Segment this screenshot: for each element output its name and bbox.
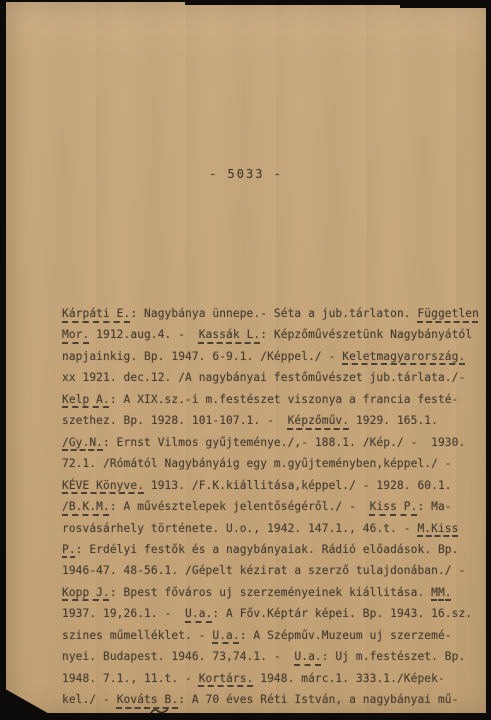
underlined-name: Mor. (62, 328, 89, 341)
text-segment: xx 1921. dec.12. /A nagybányai festőművé… (62, 371, 465, 384)
text-line: kel./ - Kováts B.: A 70 éves Réti István… (62, 689, 472, 710)
text-segment: : A művésztelepek jelentőségéről./ - (110, 500, 370, 513)
underlined-name: M.Kiss (417, 522, 458, 535)
underlined-name: U.a. (212, 629, 239, 642)
underlined-name: /B.K.M. (62, 500, 110, 513)
text-line: Mor. 1912.aug.4. - Kassák L.: Képzőművés… (62, 324, 472, 345)
underlined-name: Kopp J. (62, 586, 110, 599)
scan-edge-top-corner (400, 0, 491, 8)
underlined-name: MM. (431, 586, 452, 599)
text-segment: 1946-47. 48-56.1. /Gépelt kézirat a szer… (62, 564, 465, 577)
text-line: 1948. 7.1., 11.t. - Kortárs. 1948. márc.… (62, 668, 472, 689)
text-segment: : Erdélyi festők és a nagybányaiak. Rádi… (76, 543, 459, 556)
underlined-name: /Gy.N. (62, 436, 103, 449)
text-segment: szines műmelléklet. - (62, 629, 212, 642)
underlined-name: U.a. (185, 607, 212, 620)
text-segment: szethez. Bp. 1928. 101-107.1. - (62, 414, 288, 427)
underlined-name: Kassák L. (199, 328, 261, 341)
underlined-name: U.a. (294, 650, 321, 663)
text-segment: 1948. márc.1. 333.1./Képek- (253, 672, 444, 685)
underlined-name: Független (417, 307, 479, 320)
text-line: rosvásárhely története. U.o., 1942. 147.… (62, 518, 472, 539)
text-segment: : Ernst Vilmos gyűjteménye./,- 188.1. /K… (103, 436, 465, 449)
underlined-name: P. (62, 543, 76, 556)
underlined-name: KÉVE Könyve. (62, 479, 144, 492)
text-segment: : Uj m.festészet. Bp. (322, 650, 466, 663)
text-segment: 1913. /F.K.kiállitása,képpel./ - 1928. 6… (144, 479, 452, 492)
text-segment: : Képzőművészetünk Nagybányától (260, 328, 472, 341)
text-line: szines műmelléklet. - U.a.: A Szépműv.Mu… (62, 625, 472, 646)
typewritten-paragraph: Kárpáti E.: Nagybánya ünnepe.- Séta a ju… (62, 303, 472, 711)
page-number: - 5033 - (6, 167, 486, 181)
text-segment: : A XIX.sz.-i m.festészet viszonya a fra… (110, 393, 459, 406)
text-line: /Gy.N.: Ernst Vilmos gyűjteménye./,- 188… (62, 432, 472, 453)
underlined-name: Kortárs. (199, 672, 254, 685)
text-segment: : A 70 éves Réti István, a nagybányai mű… (178, 693, 458, 706)
text-segment: : A Főv.Képtár képei. Bp. 1943. 16.sz. (212, 607, 472, 620)
text-segment: : Bpest főváros uj szerzeményeinek kiáll… (110, 586, 431, 599)
underlined-name: Keletmagyarország. (342, 350, 465, 363)
text-line: /B.K.M.: A művésztelepek jelentőségéről.… (62, 496, 472, 517)
text-segment: kel./ - (62, 693, 117, 706)
text-segment: 72.1. /Rómától Nagybányáig egy m.gyűjtem… (62, 457, 452, 470)
underlined-name: Kelp A. (62, 393, 110, 406)
underlined-name: Kárpáti E. (62, 307, 130, 320)
text-segment: 1912.aug.4. - (89, 328, 198, 341)
text-segment: : A Szépműv.Muzeum uj szerzemé- (240, 629, 452, 642)
text-line: Kárpáti E.: Nagybánya ünnepe.- Séta a ju… (62, 303, 472, 324)
text-line: 1937. 19,26.1. - U.a.: A Főv.Képtár képe… (62, 603, 472, 624)
text-segment: nyei. Budapest. 1946. 73,74.1. - (62, 650, 294, 663)
text-line: Kelp A.: A XIX.sz.-i m.festészet viszony… (62, 389, 472, 410)
text-segment: : Ma- (417, 500, 451, 513)
text-line: xx 1921. dec.12. /A nagybányai festőművé… (62, 367, 472, 388)
text-segment: 1929. 165.1. (349, 414, 438, 427)
scanned-document-page: { "page": { "page_number": "- 5033 -" },… (0, 0, 491, 720)
underlined-name: Kováts B. (117, 693, 179, 706)
text-line: P.: Erdélyi festők és a nagybányaiak. Rá… (62, 539, 472, 560)
underlined-name: Kiss P. (370, 500, 418, 513)
text-line: szethez. Bp. 1928. 101-107.1. - Képzőműv… (62, 410, 472, 431)
text-line: 72.1. /Rómától Nagybányáig egy m.gyűjtem… (62, 453, 472, 474)
paper-sheet: - 5033 - Kárpáti E.: Nagybánya ünnepe.- … (6, 2, 486, 714)
text-segment: rosvásárhely története. U.o., 1942. 147.… (62, 522, 417, 535)
text-line: napjainkig. Bp. 1947. 6-9.1. /Képpel./ -… (62, 346, 472, 367)
text-segment: 1948. 7.1., 11.t. - (62, 672, 199, 685)
text-segment: napjainkig. Bp. 1947. 6-9.1. /Képpel./ - (62, 350, 342, 363)
text-line: KÉVE Könyve. 1913. /F.K.kiállitása,képpe… (62, 475, 472, 496)
text-segment: 1937. 19,26.1. - (62, 607, 185, 620)
scan-edge-bottom (0, 713, 491, 720)
scan-edge-right (486, 0, 491, 720)
underlined-name: Képzőműv. (288, 414, 350, 427)
text-segment: : Nagybánya ünnepe.- Séta a jub.tárlaton… (130, 307, 417, 320)
text-line: 1946-47. 48-56.1. /Gépelt kézirat a szer… (62, 560, 472, 581)
text-line: nyei. Budapest. 1946. 73,74.1. - U.a.: U… (62, 646, 472, 667)
scan-edge-left (0, 0, 6, 720)
text-line: Kopp J.: Bpest főváros uj szerzeményeine… (62, 582, 472, 603)
